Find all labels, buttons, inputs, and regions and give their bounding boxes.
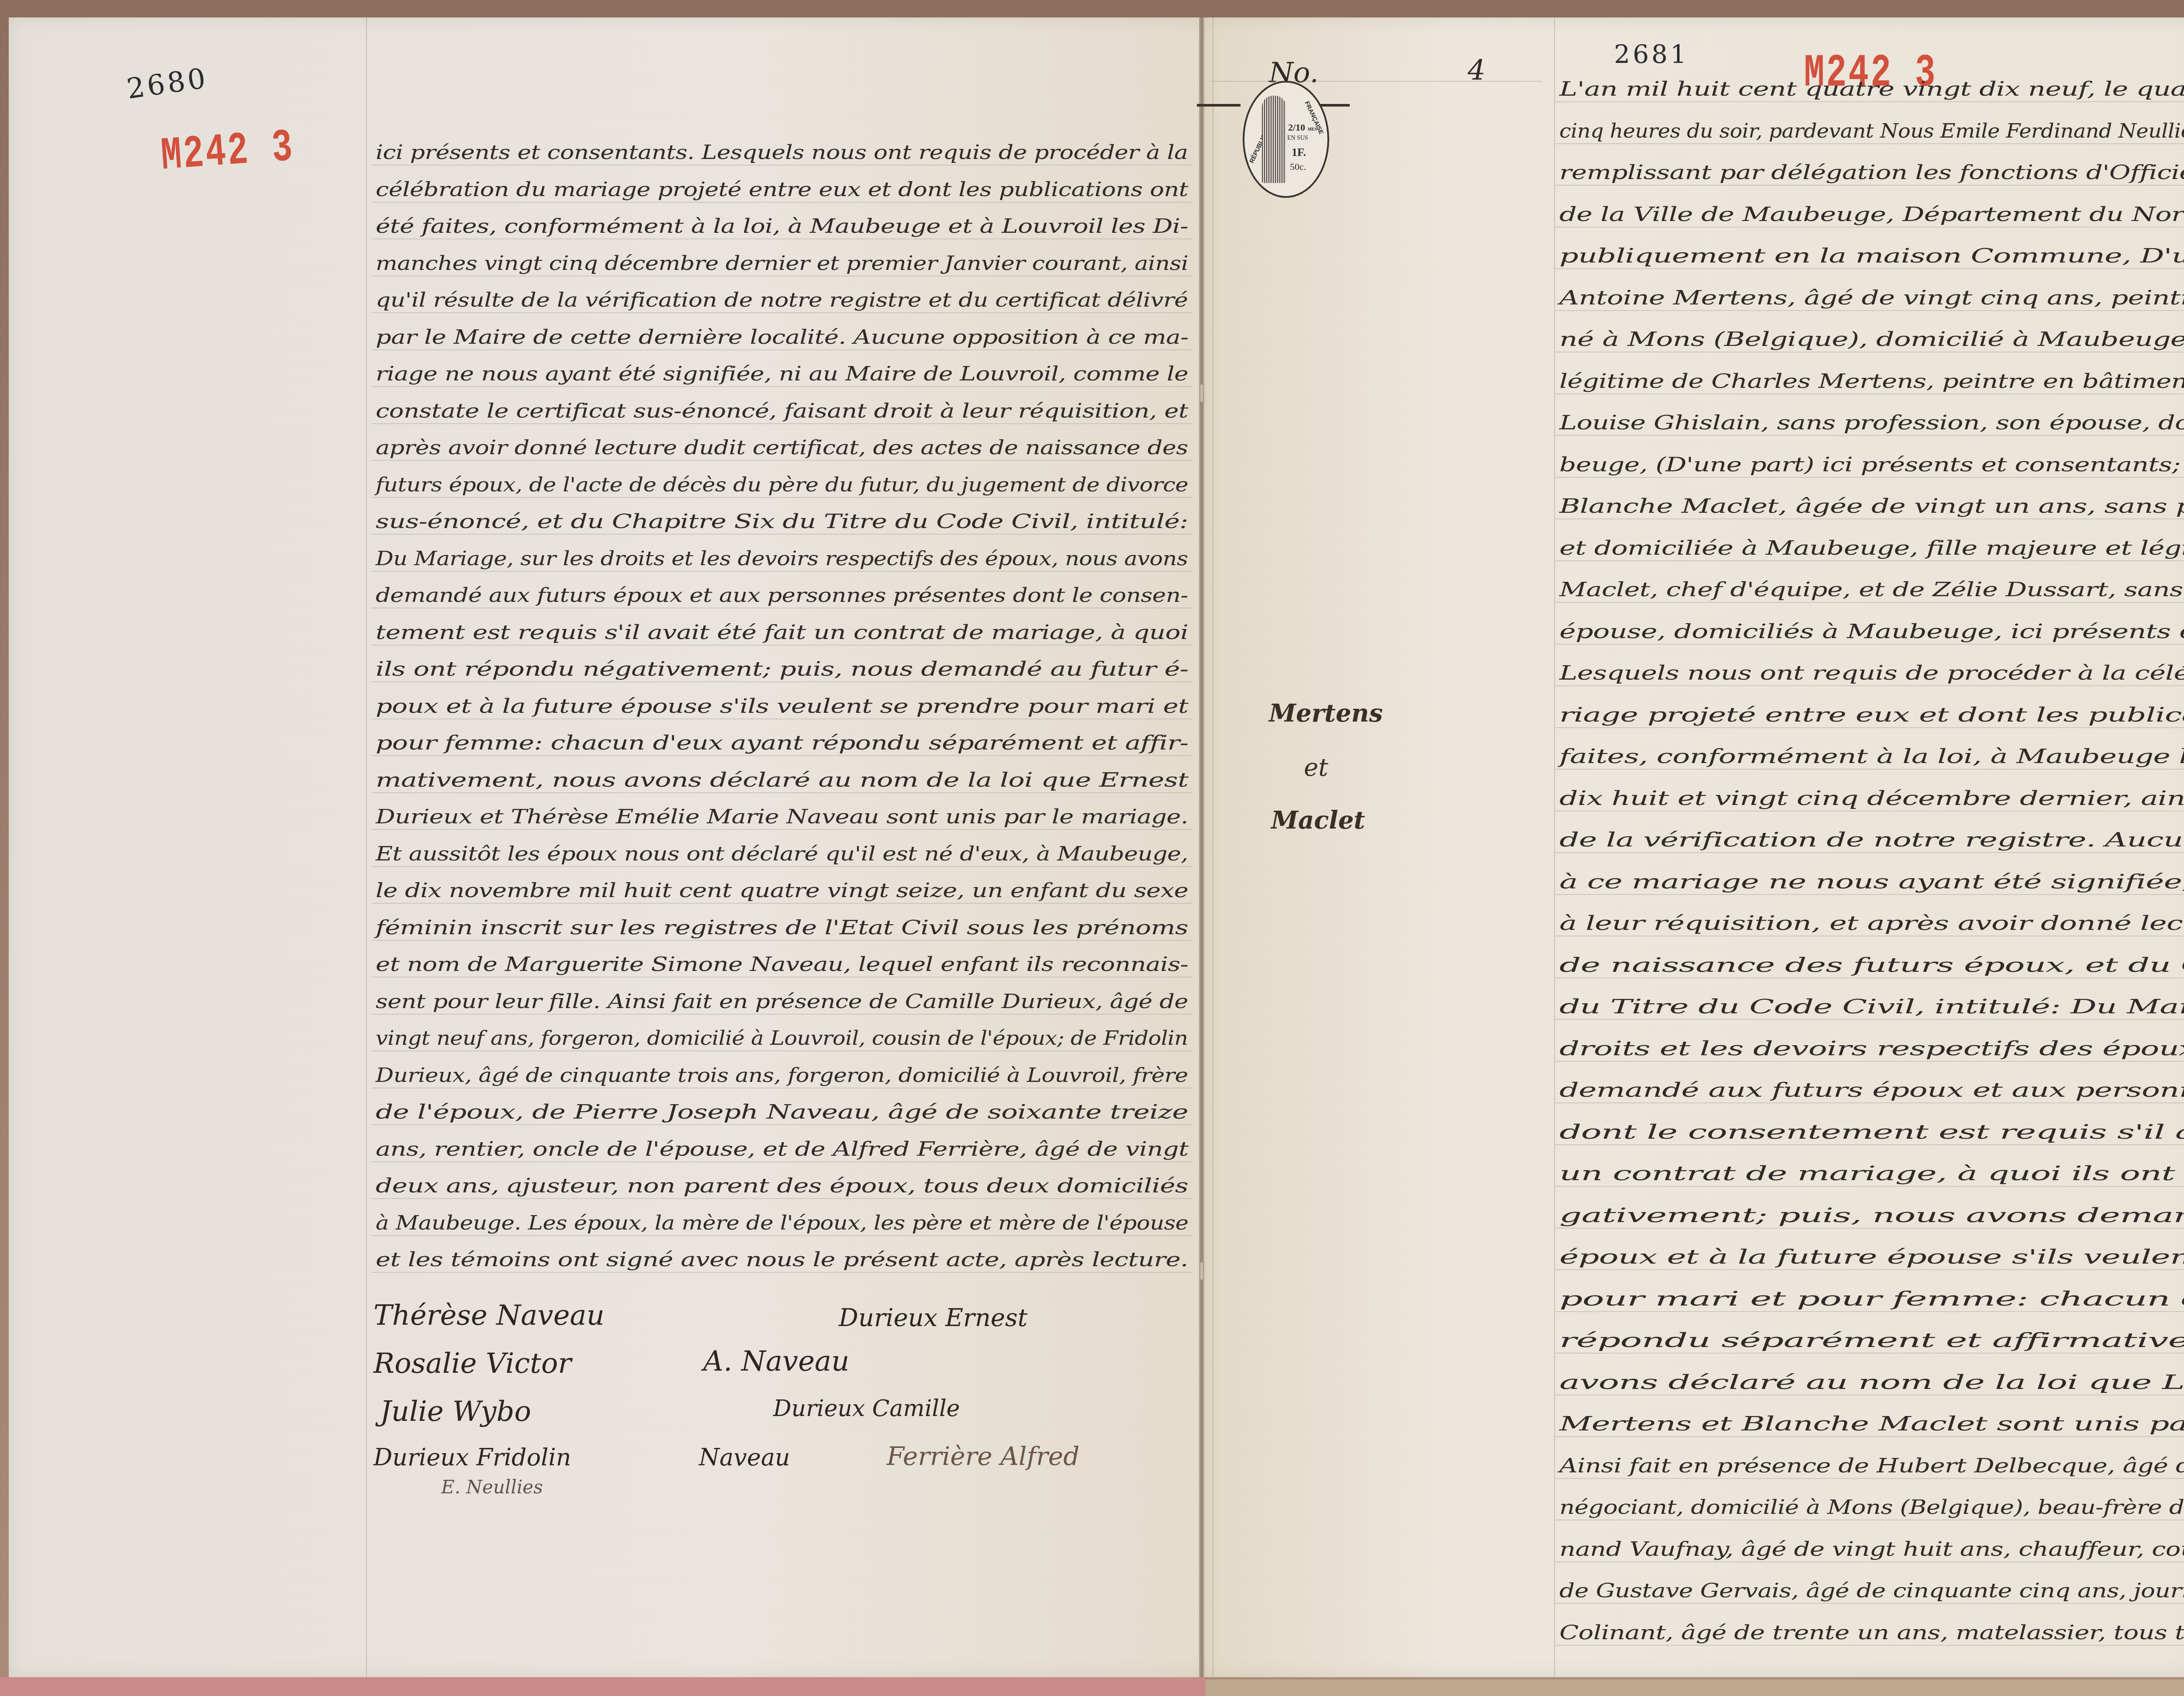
ruled-line — [1555, 1436, 2184, 1437]
text-line: riage ne nous ayant été signifiée, ni au… — [376, 360, 1188, 388]
text-line: riage projeté entre eux et dont les publ… — [1559, 701, 2184, 729]
text-line: à Maubeuge. Les époux, la mère de l'épou… — [376, 1209, 1189, 1237]
ruled-line — [371, 1124, 1192, 1125]
ruled-line — [1555, 1186, 2184, 1187]
ruled-line — [1555, 185, 2184, 186]
text-line: sus-énoncé, et du Chapitre Six du Titre … — [376, 508, 1188, 536]
ruled-line — [371, 645, 1192, 646]
ruled-line — [1555, 477, 2184, 478]
ruled-line — [371, 1161, 1192, 1162]
page-bottom-edge — [1206, 1679, 2184, 1696]
ruled-line — [1555, 602, 2184, 603]
ruled-line — [1210, 81, 1542, 82]
ruled-line — [1555, 1061, 2184, 1062]
ruled-line — [371, 718, 1192, 719]
ruled-line — [371, 608, 1192, 608]
ruled-line — [371, 755, 1192, 756]
ruled-line — [371, 977, 1192, 978]
text-line: demandé aux futurs époux et aux personne… — [376, 581, 1188, 610]
text-line: été faites, conformément à la loi, à Mau… — [376, 212, 1188, 241]
text-line: Louise Ghislain, sans profession, son ép… — [1559, 409, 2184, 437]
ruled-line — [1555, 1561, 2184, 1562]
signature: Rosalie Victor — [373, 1347, 571, 1380]
ruled-line — [1555, 1102, 2184, 1103]
stamp-tax-note: EN SUS — [1287, 135, 1308, 142]
signature: Thérèse Naveau — [373, 1299, 605, 1332]
text-line: par le Maire de cette dernière localité.… — [376, 323, 1189, 352]
text-line: le dix novembre mil huit cent quatre vin… — [376, 877, 1188, 905]
text-line: constate le certificat sus-énoncé, faisa… — [376, 397, 1188, 425]
ruled-line — [1555, 1478, 2184, 1479]
text-line: vingt neuf ans, forgeron, domicilié à Lo… — [376, 1024, 1188, 1053]
text-line: légitime de Charles Mertens, peintre en … — [1559, 367, 2184, 396]
text-line: du Titre du Code Civil, intitulé: Du Mar… — [1559, 993, 2184, 1021]
text-line: manches vingt cinq décembre dernier et p… — [376, 249, 1188, 278]
signature: Durieux Fridolin — [373, 1444, 571, 1471]
text-line: épouse, domiciliés à Maubeuge, ici prése… — [1559, 618, 2184, 646]
ruled-line — [1555, 1311, 2184, 1312]
signature: Ferrière Alfred — [887, 1441, 1079, 1471]
ruled-line — [371, 423, 1192, 424]
text-line: cinq heures du soir, pardevant Nous Emil… — [1559, 117, 2184, 145]
text-line: un contrat de mariage, à quoi ils ont ré… — [1559, 1160, 2184, 1188]
ruled-line — [371, 866, 1192, 867]
ruled-line — [1555, 1019, 2184, 1020]
folio-number: 2681 — [1614, 39, 1689, 69]
ruled-line — [1555, 518, 2184, 519]
ruled-line — [371, 792, 1192, 793]
binding-thread — [1200, 1262, 1203, 1280]
ruled-line — [371, 497, 1192, 498]
ruled-line — [371, 238, 1192, 239]
text-line: Durieux, âgé de cinquante trois ans, for… — [376, 1061, 1188, 1090]
ruled-line — [1555, 1395, 2184, 1395]
ruled-line — [1555, 811, 2184, 812]
margin-groom-name: Mertens — [1269, 699, 1383, 728]
binding-thread — [1200, 384, 1203, 402]
text-line: Et aussitôt les époux nous ont déclaré q… — [376, 840, 1188, 868]
text-line: pour mari et pour femme: chacun d'eux ay… — [1559, 1285, 2184, 1313]
text-line: qu'il résulte de la vérification de notr… — [376, 286, 1188, 314]
ruled-line — [1555, 143, 2184, 144]
text-line: demandé aux futurs époux et aux personne… — [1559, 1076, 2184, 1105]
text-line: faites, conformément à la loi, à Maubeug… — [1559, 743, 2184, 771]
stamp-value-franc: 1F. — [1292, 146, 1306, 159]
text-line: Lesquels nous ont requis de procéder à l… — [1559, 659, 2184, 687]
text-line: nand Vaufnay, âgé de vingt huit ans, cha… — [1559, 1535, 2184, 1564]
text-line: célébration du mariage projeté entre eux… — [376, 176, 1188, 204]
text-line: remplissant par délégation les fonctions… — [1559, 159, 2184, 187]
text-line: de Gustave Gervais, âgé de cinquante cin… — [1559, 1577, 2184, 1605]
text-line: Du Mariage, sur les droits et les devoir… — [376, 545, 1188, 573]
margin-bride-name: Maclet — [1271, 806, 1365, 835]
ruled-line — [371, 534, 1192, 535]
ruled-line — [1555, 1144, 2184, 1145]
ruled-line — [1555, 1645, 2184, 1646]
ruled-line — [1555, 894, 2184, 895]
fiscal-stamp: RÉPUBLIQUE FRANÇAISE 2/10 MES EN SUS 1F.… — [1243, 81, 1329, 198]
stamp-tax: 2/10 — [1288, 122, 1305, 133]
text-line: Maclet, chef d'équipe, et de Zélie Dussa… — [1559, 576, 2184, 604]
text-line: et nom de Marguerite Simone Naveau, lequ… — [376, 950, 1188, 979]
text-line: Blanche Maclet, âgée de vingt un ans, sa… — [1559, 492, 2184, 521]
text-line: dont le consentement est requis s'il ava… — [1559, 1118, 2184, 1147]
text-line: et domiciliée à Maubeuge, fille majeure … — [1559, 534, 2184, 563]
ruled-line — [1555, 644, 2184, 645]
rule-right — [1319, 104, 1350, 107]
text-line: de naissance des futurs époux, et du Cha… — [1559, 951, 2184, 980]
ruled-line — [371, 681, 1192, 682]
ruled-line — [371, 903, 1192, 904]
ruled-line — [1555, 268, 2184, 269]
ruled-line — [1555, 1603, 2184, 1604]
ruled-line — [1555, 1520, 2184, 1520]
archive-stamp: M242 3 — [159, 122, 296, 183]
signature: Durieux Ernest — [839, 1304, 1027, 1332]
text-line: droits et les devoirs respectifs des épo… — [1559, 1035, 2184, 1063]
ruled-line — [371, 1235, 1192, 1236]
book-spine — [1199, 17, 1204, 1677]
text-line: époux et à la future épouse s'ils veulen… — [1559, 1243, 2184, 1271]
text-line: deux ans, ajusteur, non parent des époux… — [376, 1172, 1188, 1200]
ruled-line — [1555, 685, 2184, 686]
ruled-line — [1555, 352, 2184, 352]
signature: A. Naveau — [703, 1345, 849, 1378]
ruled-line — [371, 276, 1192, 276]
text-line: pour femme: chacun d'eux ayant répondu s… — [376, 729, 1188, 757]
signature: Durieux Camille — [773, 1395, 960, 1422]
ruled-line — [371, 1014, 1192, 1015]
text-line: dix huit et vingt cinq décembre dernier,… — [1559, 784, 2184, 813]
act-number: 4 — [1468, 55, 1486, 87]
ruled-line — [371, 571, 1192, 572]
text-line: à ce mariage ne nous ayant été signifiée… — [1559, 868, 2184, 896]
text-line: tement est requis s'il avait été fait un… — [376, 618, 1188, 647]
ruled-line — [371, 829, 1192, 830]
text-line: poux et à la future épouse s'ils veulent… — [376, 692, 1188, 721]
text-line: et les témoins ont signé avec nous le pr… — [376, 1246, 1188, 1274]
text-line: Colinant, âgé de trente un ans, matelass… — [1559, 1619, 2184, 1647]
ruled-line — [1555, 1269, 2184, 1270]
ruled-line — [371, 1198, 1192, 1199]
ruled-line — [1555, 101, 2184, 102]
text-line: beuge, (D'une part) ici présents et cons… — [1559, 451, 2184, 479]
text-line: Antoine Mertens, âgé de vingt cinq ans, … — [1559, 284, 2184, 312]
ruled-line — [1555, 1228, 2184, 1229]
text-line: négociant, domicilié à Mons (Belgique), … — [1559, 1493, 2184, 1522]
text-line: futurs époux, de l'acte de décès du père… — [376, 471, 1188, 499]
ruled-line — [1555, 852, 2184, 853]
stamp-value-cent: 50c. — [1290, 161, 1306, 173]
ruled-line — [1555, 978, 2184, 978]
text-line: à leur réquisition, et après avoir donné… — [1559, 909, 2184, 938]
text-line: répondu séparément et affirmativement, n… — [1559, 1326, 2184, 1355]
ruled-line — [1555, 727, 2184, 728]
text-line: gativement; puis, nous avons demandé au … — [1559, 1202, 2184, 1230]
text-line: Mertens et Blanche Maclet sont unis par … — [1559, 1410, 2184, 1438]
text-line: de la Ville de Maubeuge, Département du … — [1559, 200, 2184, 229]
text-line: sent pour leur fille. Ainsi fait en prés… — [376, 988, 1188, 1016]
text-line: Ainsi fait en présence de Hubert Delbecq… — [1559, 1452, 2184, 1480]
margin-conjunction: et — [1304, 753, 1328, 782]
ruled-line — [1555, 769, 2184, 770]
text-line: publiquement en la maison Commune, D'une… — [1559, 242, 2184, 270]
text-line: après avoir donné lecture dudit certific… — [376, 434, 1188, 462]
ruled-line — [1555, 394, 2184, 394]
signature: Naveau — [699, 1444, 790, 1471]
text-line: né à Mons (Belgique), domicilié à Maubeu… — [1559, 325, 2184, 354]
text-line: ici présents et consentants. Lesquels no… — [376, 138, 1188, 167]
ruled-line — [1555, 310, 2184, 311]
signature: Julie Wybo — [380, 1395, 531, 1428]
rule-left — [1197, 104, 1241, 107]
officer-signature: E. Neullies — [441, 1476, 543, 1498]
ruled-line — [371, 940, 1192, 941]
text-line: féminin inscrit sur les registres de l'E… — [376, 914, 1188, 942]
ruled-line — [1555, 227, 2184, 228]
text-line: de la vérification de notre registre. Au… — [1559, 826, 2184, 854]
ruled-line — [371, 349, 1192, 350]
text-line: Durieux et Thérèse Emélie Marie Naveau s… — [376, 803, 1188, 831]
text-line: L'an mil huit cent quatre vingt dix neuf… — [1559, 75, 2184, 104]
ruled-line — [371, 202, 1192, 203]
ruled-line — [371, 460, 1192, 461]
margin-line — [1213, 17, 1213, 1677]
ruled-line — [371, 1050, 1192, 1051]
marianne-figure-icon — [1262, 96, 1286, 183]
ruled-line — [371, 1272, 1192, 1273]
stamp-tax-sup: MES — [1308, 127, 1317, 132]
ruled-line — [371, 386, 1192, 387]
ruled-line — [371, 1088, 1192, 1088]
margin-line — [366, 17, 367, 1677]
ruled-line — [1555, 435, 2184, 436]
text-line: ans, rentier, oncle de l'épouse, et de A… — [376, 1135, 1189, 1164]
ruled-line — [1555, 1353, 2184, 1354]
text-line: mativement, nous avons déclaré au nom de… — [376, 766, 1188, 794]
text-line: avons déclaré au nom de la loi que Léon … — [1559, 1368, 2184, 1397]
ruled-line — [371, 165, 1192, 166]
register-book: 2680 M242 3 ici présents et consentants.… — [0, 0, 2184, 1696]
page-bottom-edge — [0, 1677, 1206, 1696]
text-line: de l'époux, de Pierre Joseph Naveau, âgé… — [376, 1098, 1188, 1126]
text-line: ils ont répondu négativement; puis, nous… — [376, 655, 1189, 684]
margin-line — [1554, 17, 1555, 1677]
ruled-line — [371, 312, 1192, 313]
ruled-line — [1555, 560, 2184, 561]
ruled-line — [1555, 936, 2184, 936]
